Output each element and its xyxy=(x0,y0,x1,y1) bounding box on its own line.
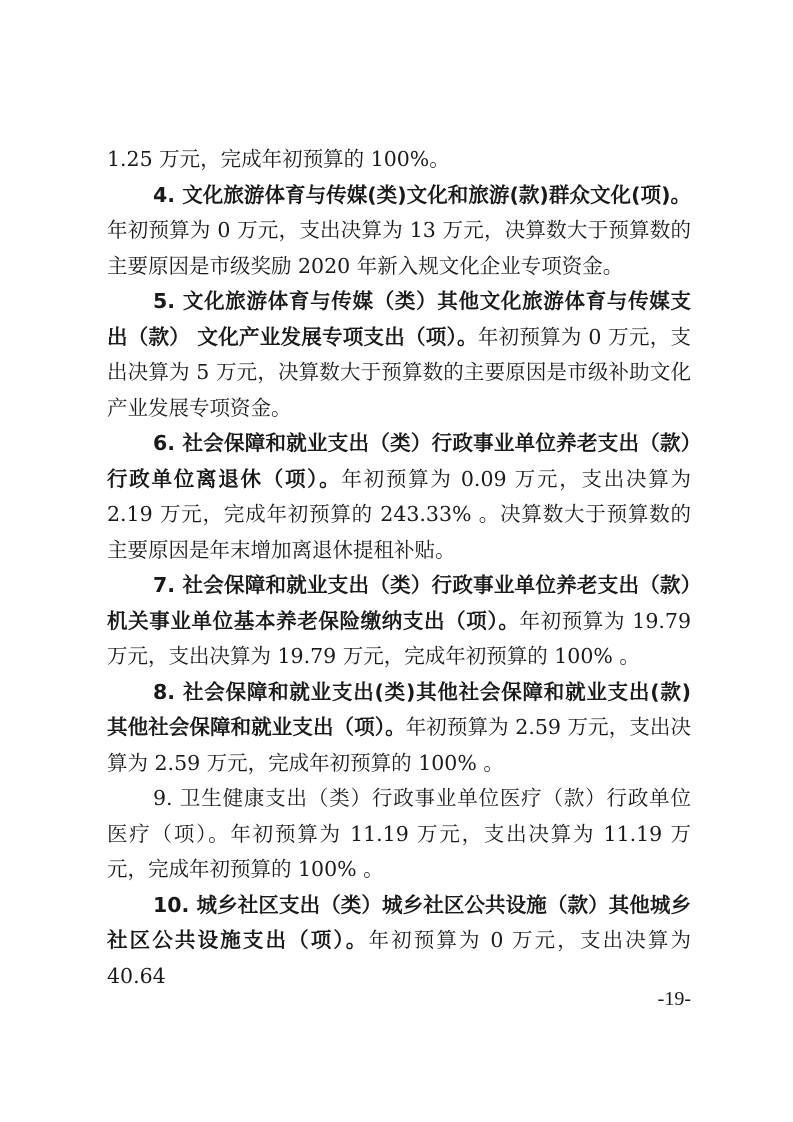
paragraph-item-8: 8. 社会保障和就业支出(类)其他社会保障和就业支出(款)其他社会保障和就业支出… xyxy=(107,675,691,782)
paragraph-item-6: 6. 社会保障和就业支出（类）行政事业单位养老支出（款）行政单位离退休（项）。年… xyxy=(107,426,691,568)
paragraph-item-5: 5. 文化旅游体育与传媒（类）其他文化旅游体育与传媒支出（款） 文化产业发展专项… xyxy=(107,284,691,426)
paragraph-body: 1.25 万元，完成年初预算的 100%。 xyxy=(107,147,450,171)
paragraph-continued: 1.25 万元，完成年初预算的 100%。 xyxy=(107,142,691,178)
paragraph-item-10: 10. 城乡社区支出（类）城乡社区公共设施（款）其他城乡社区公共设施支出（项）。… xyxy=(107,888,691,995)
paragraph-body: 年初预算为 0 万元，支出决算为 13 万元，决算数大于预算数的主要原因是市级奖… xyxy=(107,218,691,278)
paragraph-item-7: 7. 社会保障和就业支出（类）行政事业单位养老支出（款）机关事业单位基本养老保险… xyxy=(107,568,691,675)
page-number: -19- xyxy=(640,988,691,1011)
paragraph-item-4: 4. 文化旅游体育与传媒(类)文化和旅游(款)群众文化(项)。年初预算为 0 万… xyxy=(107,178,691,285)
paragraph-heading: 4. 文化旅游体育与传媒(类)文化和旅游(款)群众文化(项)。 xyxy=(153,183,691,207)
document-page-body: 1.25 万元，完成年初预算的 100%。 4. 文化旅游体育与传媒(类)文化和… xyxy=(107,142,691,994)
paragraph-item-9: 9. 卫生健康支出（类）行政事业单位医疗（款）行政单位医疗（项）。年初预算为 1… xyxy=(107,781,691,888)
